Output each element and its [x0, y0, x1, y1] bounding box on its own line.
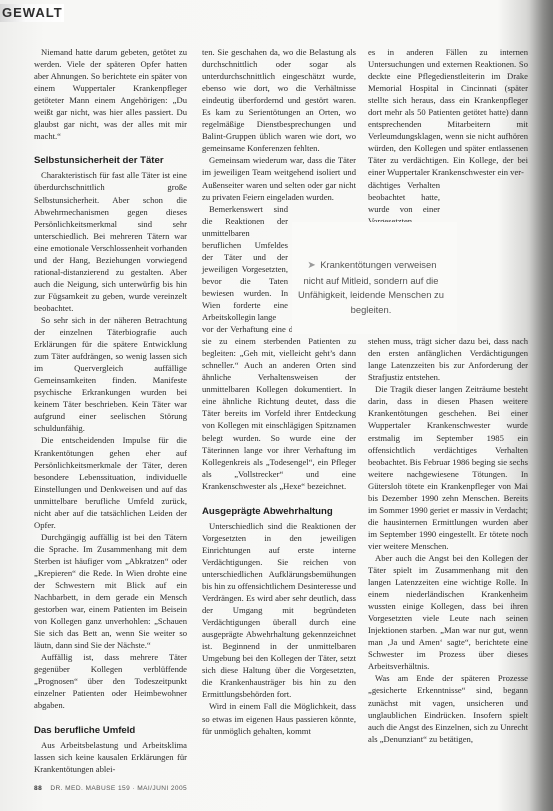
column-1: Niemand hatte darum gebeten, getötet zu … [34, 46, 187, 775]
column-3: es in anderen Fällen zu internen Untersu… [368, 46, 528, 745]
paragraph: Unterschiedlich sind die Reaktionen der … [202, 520, 356, 701]
arrow-icon: ➤ [306, 259, 318, 274]
paragraph: Gemeinsam wiederum war, dass die Täter i… [202, 154, 356, 202]
paragraph: Niemand hatte darum gebeten, getötet zu … [34, 46, 187, 142]
paragraph: Aber auch die Angst bei den Kollegen der… [368, 552, 528, 672]
column-2: ten. Sie geschahen da, wo die Belastung … [202, 46, 356, 737]
paragraph: stehen muss, trägt sicher dazu bei, dass… [368, 335, 528, 383]
paragraph: vor der Verhaftung eine der Täterinnen a… [202, 323, 356, 492]
page-footer: 88 DR. MED. MABUSE 159 · MAI/JUNI 2005 [34, 785, 187, 792]
paragraph-narrow: Bemerkenswert sind die Reaktionen der un… [202, 203, 288, 323]
page-number: 88 [34, 785, 42, 792]
paragraph: ten. Sie geschahen da, wo die Belastung … [202, 46, 356, 154]
paragraph: Charakteristisch für fast alle Täter ist… [34, 169, 187, 314]
page-spine-shadow [529, 0, 553, 811]
paragraph: Aus Arbeitsbelastung und Arbeitsklima la… [34, 739, 187, 775]
paragraph: Auffällig ist, dass mehrere Täter gegenü… [34, 651, 187, 711]
paragraph: es in anderen Fällen zu internen Untersu… [368, 46, 528, 179]
publication-info: DR. MED. MABUSE 159 · MAI/JUNI 2005 [50, 785, 187, 792]
paragraph: So sehr sich in der näheren Betrachtung … [34, 314, 187, 434]
section-rubric: GEWALT [0, 4, 64, 22]
paragraph: Die entscheidenden Impulse für die Krank… [34, 434, 187, 530]
subheading-berufliches-umfeld: Das berufliche Umfeld [34, 725, 187, 737]
paragraph: Was am Ende der späteren Prozesse „gesic… [368, 672, 528, 744]
paragraph: Durchgängig auffällig ist bei den Tätern… [34, 531, 187, 651]
paragraph: Wird in einem Fall die Möglichkeit, dass… [202, 700, 356, 736]
pull-quote-text: Krankentötungen verweisen nicht auf Mitl… [298, 259, 444, 315]
subheading-selbstunsicherheit: Selbstunsicherheit der Täter [34, 155, 187, 167]
subheading-abwehrhaltung: Ausgeprägte Abwehrhaltung [202, 506, 356, 518]
paragraph: Die Tragik dieser langen Zeiträume beste… [368, 383, 528, 552]
pull-quote: ➤ Krankentötungen verweisen nicht auf Mi… [296, 258, 446, 317]
